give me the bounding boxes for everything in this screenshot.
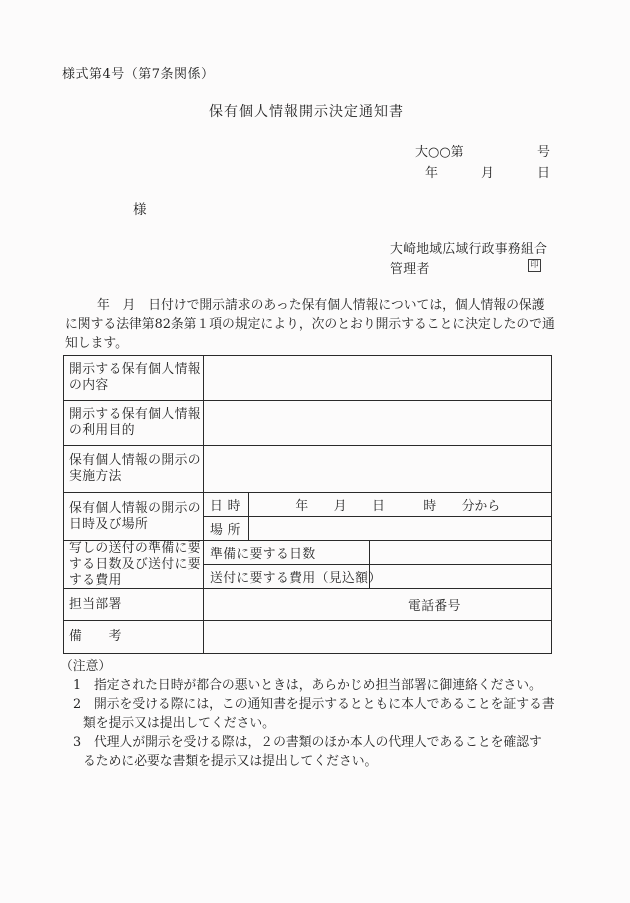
purpose-value-cell	[204, 401, 551, 445]
sub-row-datetime: 日 時 年 月 日 時 分から	[204, 493, 551, 517]
row-label-cell: 開示する保有個人情報 の内容	[64, 356, 204, 400]
datetime-place-cell: 日 時 年 月 日 時 分から 場 所	[204, 493, 551, 540]
seal-mark-icon: 印	[528, 259, 541, 272]
body-paragraph: 年 月 日付けで開示請求のあった保有個人情報については，個人情報の保護 に関する…	[65, 296, 555, 353]
row-label: 保有個人情報の開示の 実施方法	[69, 453, 201, 485]
form-number-label: 様式第4号（第7条関係）	[62, 63, 215, 82]
row-label: 備 考	[69, 629, 122, 645]
sub-row-mailing-cost: 送付に要する費用（見込額）	[204, 565, 551, 588]
sub-label: 日 時	[210, 495, 241, 514]
row-label: 開示する保有個人情報 の内容	[69, 362, 201, 394]
table-row-copy-mailing: 写しの送付の準備に要 する日数及び送付に要 する費用 準備に要する日数 送付に要…	[64, 541, 551, 589]
sub-label: 準備に要する日数	[210, 543, 316, 562]
recipient-honorific: 様	[133, 198, 147, 218]
row-label: 写しの送付の準備に要 する日数及び送付に要 する費用	[69, 541, 201, 589]
mailing-cost-value-cell	[370, 565, 551, 588]
notes-section: （注意） 1 指定された日時が都合の悪いときは，あらかじめ担当部署に御連絡くださ…	[0, 657, 630, 771]
sub-label: 送付に要する費用（見込額）	[210, 567, 382, 586]
sub-row-place: 場 所	[204, 517, 551, 540]
table-row-remarks: 備 考	[64, 621, 551, 653]
note-line: 2 開示を受ける際には，この通知書を提示するとともに本人であることを証する書	[73, 695, 630, 714]
row-label-cell: 保有個人情報の開示の 実施方法	[64, 446, 204, 492]
prep-days-value-cell	[370, 541, 551, 564]
issuer-role-label: 管理者	[390, 258, 430, 277]
row-label: 保有個人情報の開示の 日時及び場所	[69, 501, 201, 533]
sub-label-cell: 準備に要する日数	[204, 541, 370, 564]
document-title: 保有個人情報開示決定通知書	[63, 101, 550, 121]
seal-character: 印	[530, 261, 539, 270]
disclosure-table: 開示する保有個人情報 の内容 開示する保有個人情報 の利用目的 保有個人情報の開…	[63, 355, 552, 654]
row-label-cell: 開示する保有個人情報 の利用目的	[64, 401, 204, 445]
table-row-content: 開示する保有個人情報 の内容	[64, 356, 551, 401]
copy-mailing-cell: 準備に要する日数 送付に要する費用（見込額）	[204, 541, 551, 588]
method-value-cell	[204, 446, 551, 492]
date-month-label: 月	[481, 162, 494, 181]
note-line: 3 代理人が開示を受ける際は，２の書類のほか本人の代理人であることを確認す	[73, 733, 630, 752]
doc-number-prefix: 大○○第	[415, 141, 464, 160]
row-label-cell: 保有個人情報の開示の 日時及び場所	[64, 493, 204, 540]
sub-label: 場 所	[210, 519, 241, 538]
note-line: 類を提示又は提出してください。	[83, 714, 630, 733]
date-year-label: 年	[425, 162, 438, 181]
page-root: { "page": { "form_number": "様式第4号（第7条関係）…	[0, 0, 630, 903]
doc-number-row: 大○○第 号	[415, 141, 550, 160]
cell-value: 年 月 日 時 分から	[249, 495, 500, 514]
date-row: 年 月 日	[425, 162, 550, 181]
note-line: るために必要な書類を提示又は提出してください。	[83, 752, 630, 771]
datetime-value-cell: 年 月 日 時 分から	[249, 493, 551, 516]
content-value-cell	[204, 356, 551, 400]
row-label-cell: 担当部署	[64, 589, 204, 620]
table-row-department: 担当部署 電話番号	[64, 589, 551, 621]
issuer-org-name: 大崎地域広域行政事務組合	[390, 238, 547, 257]
sub-label-cell: 日 時	[204, 493, 249, 516]
table-row-purpose: 開示する保有個人情報 の利用目的	[64, 401, 551, 446]
department-value-cell: 電話番号	[204, 589, 551, 620]
table-row-method: 保有個人情報の開示の 実施方法	[64, 446, 551, 493]
sub-row-prep-days: 準備に要する日数	[204, 541, 551, 565]
row-label: 開示する保有個人情報 の利用目的	[69, 407, 201, 439]
doc-number-suffix: 号	[537, 141, 550, 160]
notes-heading: （注意）	[60, 657, 630, 676]
sub-label-cell: 送付に要する費用（見込額）	[204, 565, 370, 588]
phone-number-label: 電話番号	[408, 589, 461, 620]
body-line: 知します。	[65, 334, 555, 353]
row-label-cell: 備 考	[64, 621, 204, 653]
row-label-cell: 写しの送付の準備に要 する日数及び送付に要 する費用	[64, 541, 204, 588]
sub-label-cell: 場 所	[204, 517, 249, 540]
note-line: 1 指定された日時が都合の悪いときは，あらかじめ担当部署に御連絡ください。	[73, 676, 630, 695]
table-row-datetime-place: 保有個人情報の開示の 日時及び場所 日 時 年 月 日 時 分から 場 所	[64, 493, 551, 541]
remarks-value-cell	[204, 621, 551, 653]
date-day-label: 日	[537, 162, 550, 181]
row-label: 担当部署	[69, 597, 122, 613]
body-line: 年 月 日付けで開示請求のあった保有個人情報については，個人情報の保護	[65, 296, 555, 315]
place-value-cell	[249, 517, 551, 540]
body-line: に関する法律第82条第１項の規定により，次のとおり開示することに決定したので通	[65, 315, 555, 334]
